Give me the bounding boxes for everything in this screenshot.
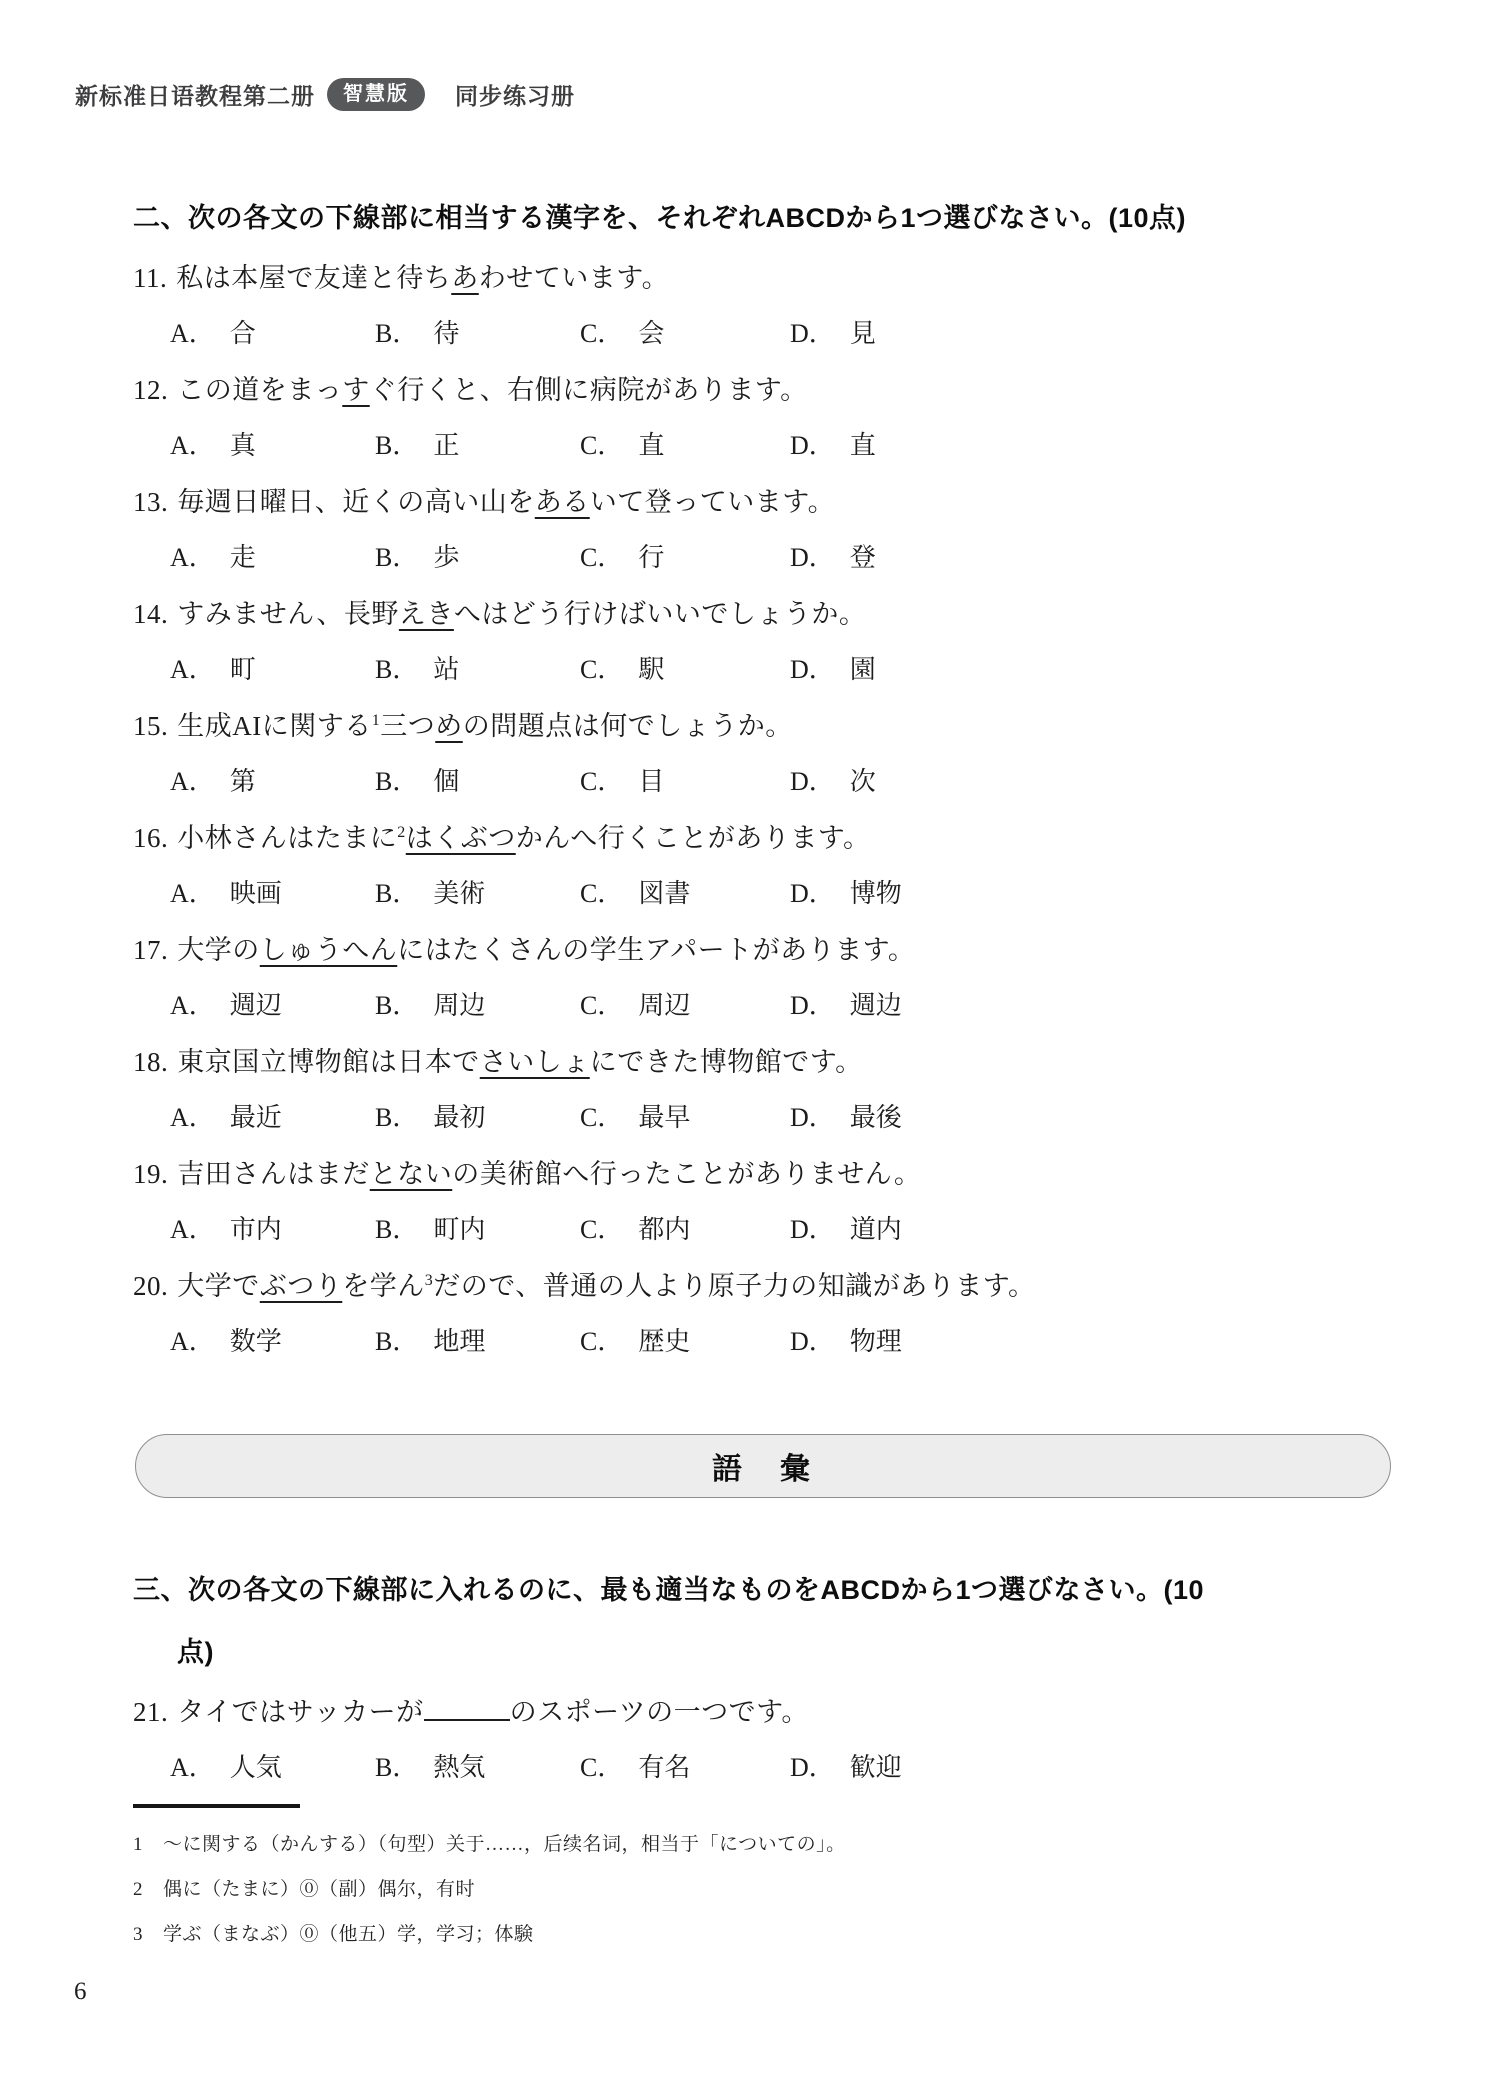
question-item: 14.すみません、長野えきへはどう行けばいいでしょうか。 A．町B．站C．駅D．… xyxy=(133,592,1395,690)
option-d: D．直 xyxy=(790,426,1395,466)
running-head: 新标准日语教程第二册 智慧版 同步练习册 xyxy=(75,78,575,111)
option-c: C．周辺 xyxy=(580,986,790,1026)
option-letter: D． xyxy=(790,1327,835,1356)
question-stem: 生成AIに関する1三つめの問題点は何でしょうか。 xyxy=(177,711,793,741)
question-item: 19.吉田さんはまだとないの美術館へ行ったことがありません。 A．市内B．町内C… xyxy=(133,1152,1395,1250)
question-stem: すみません、長野えきへはどう行けばいいでしょうか。 xyxy=(177,599,866,629)
option-d: D．園 xyxy=(790,650,1395,690)
option-text: 合 xyxy=(230,319,256,348)
option-d: D．道内 xyxy=(790,1210,1395,1250)
question-options: A．人気B．熱気C．有名D．歓迎 xyxy=(133,1748,1395,1788)
question-item: 20.大学でぶつりを学ん3だので、普通の人より原子力の知識があります。 A．数学… xyxy=(133,1264,1395,1362)
question-item: 17.大学のしゅうへんにはたくさんの学生アパートがあります。 A．週辺B．周边C… xyxy=(133,928,1395,1026)
option-a: A．人気 xyxy=(170,1748,375,1788)
option-text: 博物 xyxy=(850,879,902,908)
option-letter: C． xyxy=(580,767,623,796)
option-a: A．映画 xyxy=(170,874,375,914)
option-text: 行 xyxy=(638,543,664,572)
option-d: D．最後 xyxy=(790,1098,1395,1138)
footnote-number: 2 xyxy=(133,1867,163,1912)
option-d: D．歓迎 xyxy=(790,1748,1395,1788)
footnote-ref: 1 xyxy=(372,712,381,729)
section3-heading: 三、次の各文の下線部に入れるのに、最も適当なものをABCDから1つ選びなさい。(… xyxy=(133,1570,1395,1672)
option-text: 直 xyxy=(850,431,876,460)
question-number: 13. xyxy=(133,487,168,517)
stem-text: かんへ行くことがあります。 xyxy=(516,823,871,853)
option-text: 町内 xyxy=(433,1215,485,1244)
stem-text: 東京国立博物館は日本で xyxy=(177,1047,480,1077)
footnote-item: 3学ぶ（まなぶ）⓪（他五）学，学习；体験 xyxy=(133,1912,1395,1957)
option-d: D．次 xyxy=(790,762,1395,802)
question-stem: 私は本屋で友達と待ちあわせています。 xyxy=(176,263,669,293)
option-letter: D． xyxy=(790,1753,835,1782)
option-text: 地理 xyxy=(433,1327,485,1356)
question-number: 16. xyxy=(133,823,168,853)
option-text: 次 xyxy=(850,767,876,796)
vocabulary-divider: 語 彙 xyxy=(135,1434,1391,1498)
stem-text: を学ん xyxy=(342,1271,425,1301)
footnote-text: 偶に（たまに）⓪（副）偶尔，有时 xyxy=(163,1879,475,1900)
footnote-ref: 3 xyxy=(425,1272,434,1289)
question-options: A．第B．個C．目D．次 xyxy=(133,762,1395,802)
stem-underlined-text: はくぶつ xyxy=(406,823,516,853)
book-subtitle: 同步练习册 xyxy=(455,78,575,111)
option-letter: B． xyxy=(375,767,418,796)
question-stem-line: 14.すみません、長野えきへはどう行けばいいでしょうか。 xyxy=(133,592,1395,636)
question-number: 11. xyxy=(133,263,167,293)
option-text: 歓迎 xyxy=(850,1753,902,1782)
question-number: 18. xyxy=(133,1047,168,1077)
option-text: 人気 xyxy=(230,1753,282,1782)
question-number: 20. xyxy=(133,1271,168,1301)
option-text: 熱気 xyxy=(433,1753,485,1782)
option-c: C．最早 xyxy=(580,1098,790,1138)
footnote-divider xyxy=(133,1804,300,1808)
option-letter: A． xyxy=(170,1327,215,1356)
option-c: C．歴史 xyxy=(580,1322,790,1362)
option-text: 道内 xyxy=(850,1215,902,1244)
option-letter: D． xyxy=(790,431,835,460)
question-options: A．週辺B．周边C．周辺D．週边 xyxy=(133,986,1395,1026)
option-b: B．最初 xyxy=(375,1098,580,1138)
option-text: 正 xyxy=(433,431,459,460)
question-stem-line: 20.大学でぶつりを学ん3だので、普通の人より原子力の知識があります。 xyxy=(133,1264,1395,1308)
option-letter: D． xyxy=(790,1215,835,1244)
option-letter: D． xyxy=(790,991,835,1020)
option-text: 園 xyxy=(850,655,876,684)
option-text: 図書 xyxy=(638,879,690,908)
option-letter: C． xyxy=(580,655,623,684)
question-options: A．市内B．町内C．都内D．道内 xyxy=(133,1210,1395,1250)
stem-blank xyxy=(424,1691,510,1721)
option-a: A．町 xyxy=(170,650,375,690)
option-letter: A． xyxy=(170,991,215,1020)
option-text: 美術 xyxy=(433,879,485,908)
option-text: 個 xyxy=(433,767,459,796)
option-a: A．真 xyxy=(170,426,375,466)
question-item: 13.毎週日曜日、近くの高い山をあるいて登っています。 A．走B．歩C．行D．登 xyxy=(133,480,1395,578)
option-letter: B． xyxy=(375,991,418,1020)
stem-text: 私は本屋で友達と待ち xyxy=(176,263,451,293)
option-letter: D． xyxy=(790,1103,835,1132)
option-a: A．合 xyxy=(170,314,375,354)
option-text: 数学 xyxy=(230,1327,282,1356)
workbook-page: 新标准日语教程第二册 智慧版 同步练习册 二、次の各文の下線部に相当する漢字を、… xyxy=(0,0,1497,2092)
stem-text: この道をまっ xyxy=(177,375,342,405)
option-letter: A． xyxy=(170,655,215,684)
stem-text: のスポーツの一つです。 xyxy=(510,1697,809,1727)
option-letter: A． xyxy=(170,543,215,572)
page-number: 6 xyxy=(74,1978,87,2006)
stem-text: の美術館へ行ったことがありません。 xyxy=(452,1159,921,1189)
stem-underlined-text: あ xyxy=(451,263,479,293)
option-d: D．登 xyxy=(790,538,1395,578)
stem-text: タイではサッカーが xyxy=(177,1697,423,1727)
stem-underlined-text: しゅうへん xyxy=(260,935,398,965)
option-b: B．町内 xyxy=(375,1210,580,1250)
option-text: 最後 xyxy=(850,1103,902,1132)
stem-text: だので、普通の人より原子力の知識があります。 xyxy=(433,1271,1035,1301)
option-letter: C． xyxy=(580,543,623,572)
option-c: C．会 xyxy=(580,314,790,354)
stem-underlined-text: す xyxy=(342,375,370,405)
option-text: 周辺 xyxy=(638,991,690,1020)
stem-text: 三つ xyxy=(380,711,435,741)
option-letter: D． xyxy=(790,319,835,348)
option-b: B．周边 xyxy=(375,986,580,1026)
question-options: A．町B．站C．駅D．園 xyxy=(133,650,1395,690)
option-text: 目 xyxy=(638,767,664,796)
option-d: D．博物 xyxy=(790,874,1395,914)
option-text: 歩 xyxy=(433,543,459,572)
option-text: 見 xyxy=(850,319,876,348)
option-c: C．図書 xyxy=(580,874,790,914)
option-text: 物理 xyxy=(850,1327,902,1356)
option-text: 歴史 xyxy=(638,1327,690,1356)
option-c: C．有名 xyxy=(580,1748,790,1788)
stem-text: 毎週日曜日、近くの高い山を xyxy=(177,487,535,517)
section2-heading: 二、次の各文の下線部に相当する漢字を、それぞれABCDから1つ選びなさい。(10… xyxy=(133,198,1395,238)
footnote-text: 学ぶ（まなぶ）⓪（他五）学，学习；体験 xyxy=(163,1924,534,1945)
stem-text: にはたくさんの学生アパートがあります。 xyxy=(397,935,915,965)
stem-text: にできた博物館です。 xyxy=(590,1047,863,1077)
footnote-text: ～に関する（かんする）（句型）关于……，后续名词，相当于「についての」。 xyxy=(163,1834,846,1855)
option-b: B．美術 xyxy=(375,874,580,914)
option-text: 走 xyxy=(230,543,256,572)
footnote-number: 1 xyxy=(133,1822,163,1867)
stem-text: わせています。 xyxy=(479,263,669,293)
option-letter: A． xyxy=(170,1215,215,1244)
stem-underlined-text: とない xyxy=(370,1159,453,1189)
option-text: 最初 xyxy=(433,1103,485,1132)
question-item: 16.小林さんはたまに2はくぶつかんへ行くことがあります。 A．映画B．美術C．… xyxy=(133,816,1395,914)
option-letter: D． xyxy=(790,655,835,684)
question-number: 17. xyxy=(133,935,168,965)
option-text: 市内 xyxy=(230,1215,282,1244)
question-stem-line: 11.私は本屋で友達と待ちあわせています。 xyxy=(133,256,1395,300)
option-b: B．待 xyxy=(375,314,580,354)
question-stem-line: 12.この道をまっすぐ行くと、右側に病院があります。 xyxy=(133,368,1395,412)
option-b: B．地理 xyxy=(375,1322,580,1362)
option-letter: D． xyxy=(790,879,835,908)
option-letter: A． xyxy=(170,1103,215,1132)
option-letter: C． xyxy=(580,991,623,1020)
option-a: A．市内 xyxy=(170,1210,375,1250)
option-letter: A． xyxy=(170,767,215,796)
stem-underlined-text: ある xyxy=(535,487,590,517)
question-stem: タイではサッカーがのスポーツの一つです。 xyxy=(177,1697,809,1727)
option-a: A．走 xyxy=(170,538,375,578)
footnote-item: 2偶に（たまに）⓪（副）偶尔，有时 xyxy=(133,1867,1395,1912)
question-options: A．真B．正C．直D．直 xyxy=(133,426,1395,466)
option-letter: B． xyxy=(375,319,418,348)
footnotes: 1～に関する（かんする）（句型）关于……，后续名词，相当于「についての」。2偶に… xyxy=(133,1822,1395,1957)
option-text: 映画 xyxy=(230,879,282,908)
question-options: A．走B．歩C．行D．登 xyxy=(133,538,1395,578)
stem-text: 小林さんはたまに xyxy=(177,823,397,853)
option-letter: A． xyxy=(170,879,215,908)
option-text: 站 xyxy=(433,655,459,684)
question-stem: この道をまっすぐ行くと、右側に病院があります。 xyxy=(177,375,807,405)
stem-underlined-text: ぶつり xyxy=(260,1271,343,1301)
stem-text: 大学の xyxy=(177,935,260,965)
option-c: C．行 xyxy=(580,538,790,578)
option-text: 登 xyxy=(850,543,876,572)
option-text: 会 xyxy=(638,319,664,348)
option-letter: B． xyxy=(375,1103,418,1132)
option-letter: C． xyxy=(580,319,623,348)
stem-text: 生成AIに関する xyxy=(177,711,372,741)
option-b: B．個 xyxy=(375,762,580,802)
question-stem: 小林さんはたまに2はくぶつかんへ行くことがあります。 xyxy=(177,823,870,853)
page-content: 二、次の各文の下線部に相当する漢字を、それぞれABCDから1つ選びなさい。(10… xyxy=(133,198,1395,1957)
option-letter: C． xyxy=(580,879,623,908)
option-text: 週边 xyxy=(850,991,902,1020)
stem-text: へはどう行けばいいでしょうか。 xyxy=(454,599,867,629)
option-letter: A． xyxy=(170,431,215,460)
option-letter: D． xyxy=(790,543,835,572)
question-stem-line: 19.吉田さんはまだとないの美術館へ行ったことがありません。 xyxy=(133,1152,1395,1196)
question-stem-line: 13.毎週日曜日、近くの高い山をあるいて登っています。 xyxy=(133,480,1395,524)
question-stem: 東京国立博物館は日本でさいしょにできた博物館です。 xyxy=(177,1047,862,1077)
section2-questions: 11.私は本屋で友達と待ちあわせています。 A．合B．待C．会D．見 12.この… xyxy=(133,256,1395,1362)
option-text: 真 xyxy=(230,431,256,460)
question-number: 14. xyxy=(133,599,168,629)
edition-badge: 智慧版 xyxy=(327,78,425,111)
option-letter: B． xyxy=(375,655,418,684)
stem-underlined-text: さいしょ xyxy=(480,1047,590,1077)
option-letter: B． xyxy=(375,1753,418,1782)
question-stem: 毎週日曜日、近くの高い山をあるいて登っています。 xyxy=(177,487,835,517)
vocabulary-divider-label: 語 彙 xyxy=(712,1444,814,1488)
option-letter: B． xyxy=(375,543,418,572)
option-a: A．数学 xyxy=(170,1322,375,1362)
stem-text: の問題点は何でしょうか。 xyxy=(463,711,793,741)
option-letter: B． xyxy=(375,879,418,908)
option-text: 有名 xyxy=(638,1753,690,1782)
question-item: 15.生成AIに関する1三つめの問題点は何でしょうか。 A．第B．個C．目D．次 xyxy=(133,704,1395,802)
option-text: 最近 xyxy=(230,1103,282,1132)
question-item: 11.私は本屋で友達と待ちあわせています。 A．合B．待C．会D．見 xyxy=(133,256,1395,354)
option-text: 周边 xyxy=(433,991,485,1020)
option-letter: C． xyxy=(580,1103,623,1132)
section3-heading-line1: 三、次の各文の下線部に入れるのに、最も適当なものをABCDから1つ選びなさい。(… xyxy=(133,1575,1204,1605)
option-d: D．物理 xyxy=(790,1322,1395,1362)
question-item: 12.この道をまっすぐ行くと、右側に病院があります。 A．真B．正C．直D．直 xyxy=(133,368,1395,466)
stem-text: いて登っています。 xyxy=(590,487,835,517)
section3-questions: 21.タイではサッカーがのスポーツの一つです。 A．人気B．熱気C．有名D．歓迎 xyxy=(133,1690,1395,1788)
option-letter: C． xyxy=(580,1327,623,1356)
option-text: 待 xyxy=(433,319,459,348)
question-stem-line: 15.生成AIに関する1三つめの問題点は何でしょうか。 xyxy=(133,704,1395,748)
option-letter: C． xyxy=(580,1215,623,1244)
question-stem-line: 18.東京国立博物館は日本でさいしょにできた博物館です。 xyxy=(133,1040,1395,1084)
option-c: C．直 xyxy=(580,426,790,466)
stem-underlined-text: め xyxy=(435,711,463,741)
option-text: 第 xyxy=(230,767,256,796)
option-b: B．熱気 xyxy=(375,1748,580,1788)
question-stem-line: 17.大学のしゅうへんにはたくさんの学生アパートがあります。 xyxy=(133,928,1395,972)
footnote-item: 1～に関する（かんする）（句型）关于……，后续名词，相当于「についての」。 xyxy=(133,1822,1395,1867)
option-letter: A． xyxy=(170,1753,215,1782)
stem-text: すみません、長野 xyxy=(177,599,399,629)
option-a: A．週辺 xyxy=(170,986,375,1026)
stem-underlined-text: えき xyxy=(399,599,454,629)
option-b: B．站 xyxy=(375,650,580,690)
stem-text: 吉田さんはまだ xyxy=(177,1159,370,1189)
option-c: C．都内 xyxy=(580,1210,790,1250)
option-letter: C． xyxy=(580,431,623,460)
question-stem-line: 16.小林さんはたまに2はくぶつかんへ行くことがあります。 xyxy=(133,816,1395,860)
option-c: C．目 xyxy=(580,762,790,802)
option-c: C．駅 xyxy=(580,650,790,690)
option-text: 週辺 xyxy=(230,991,282,1020)
option-text: 都内 xyxy=(638,1215,690,1244)
stem-text: ぐ行くと、右側に病院があります。 xyxy=(370,375,808,405)
book-title: 新标准日语教程第二册 xyxy=(75,78,315,111)
option-b: B．歩 xyxy=(375,538,580,578)
option-letter: B． xyxy=(375,1215,418,1244)
option-a: A．第 xyxy=(170,762,375,802)
option-letter: A． xyxy=(170,319,215,348)
option-letter: B． xyxy=(375,431,418,460)
option-text: 直 xyxy=(638,431,664,460)
option-d: D．週边 xyxy=(790,986,1395,1026)
option-d: D．見 xyxy=(790,314,1395,354)
option-b: B．正 xyxy=(375,426,580,466)
section3-heading-line2: 点) xyxy=(133,1632,1395,1672)
question-stem-line: 21.タイではサッカーがのスポーツの一つです。 xyxy=(133,1690,1395,1734)
question-options: A．合B．待C．会D．見 xyxy=(133,314,1395,354)
stem-text: 大学で xyxy=(177,1271,260,1301)
question-item: 21.タイではサッカーがのスポーツの一つです。 A．人気B．熱気C．有名D．歓迎 xyxy=(133,1690,1395,1788)
question-options: A．数学B．地理C．歴史D．物理 xyxy=(133,1322,1395,1362)
footnote-number: 3 xyxy=(133,1912,163,1957)
question-options: A．最近B．最初C．最早D．最後 xyxy=(133,1098,1395,1138)
question-stem: 吉田さんはまだとないの美術館へ行ったことがありません。 xyxy=(177,1159,921,1189)
question-number: 19. xyxy=(133,1159,168,1189)
question-number: 21. xyxy=(133,1697,168,1727)
question-number: 12. xyxy=(133,375,168,405)
footnote-ref: 2 xyxy=(397,824,406,841)
question-number: 15. xyxy=(133,711,168,741)
option-a: A．最近 xyxy=(170,1098,375,1138)
question-stem: 大学でぶつりを学ん3だので、普通の人より原子力の知識があります。 xyxy=(177,1271,1035,1301)
option-text: 駅 xyxy=(638,655,664,684)
question-item: 18.東京国立博物館は日本でさいしょにできた博物館です。 A．最近B．最初C．最… xyxy=(133,1040,1395,1138)
option-letter: C． xyxy=(580,1753,623,1782)
option-text: 町 xyxy=(230,655,256,684)
option-text: 最早 xyxy=(638,1103,690,1132)
option-letter: B． xyxy=(375,1327,418,1356)
question-options: A．映画B．美術C．図書D．博物 xyxy=(133,874,1395,914)
option-letter: D． xyxy=(790,767,835,796)
question-stem: 大学のしゅうへんにはたくさんの学生アパートがあります。 xyxy=(177,935,915,965)
